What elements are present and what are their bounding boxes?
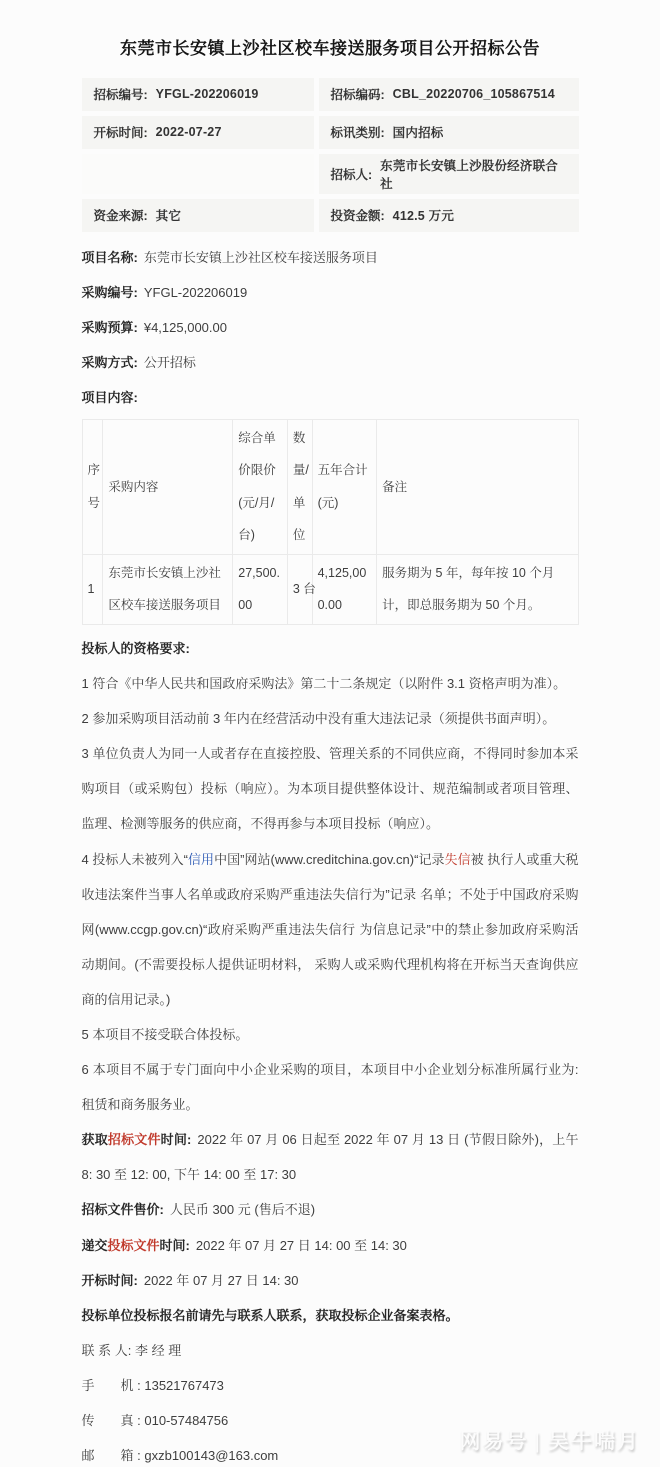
contact-value: 13521767473	[144, 1378, 224, 1393]
info-label: 招标编码:	[331, 85, 385, 103]
requirement-item-4: 4 投标人未被列入“信用中国”网站(www.creditchina.gov.cn…	[82, 842, 579, 1017]
contact-value: 李 经 理	[135, 1343, 181, 1358]
schedule-label: 时间:	[160, 1238, 190, 1253]
field-purchase-budget: 采购预算:¥4,125,000.00	[82, 310, 579, 345]
schedule-value: 2022 年 07 月 27 日 14: 30	[144, 1273, 299, 1288]
credit-china-link[interactable]: 信用	[188, 852, 214, 867]
schedule-submit-time: 递交投标文件时间:2022 年 07 月 27 日 14: 00 至 14: 3…	[82, 1228, 579, 1263]
header-remark: 备注	[377, 419, 578, 554]
requirement-text: 被 执行人或重大税收违法案件当事人名单或政府采购严重违法失信行为”记录 名单；不…	[82, 852, 579, 1007]
info-value: 2022-07-27	[156, 125, 222, 139]
info-cell-tenderer: 招标人:东莞市长安镇上沙股份经济联合社	[319, 154, 579, 194]
header-quantity: 数量/单位	[287, 419, 312, 554]
table-row: 1 东莞市长安镇上沙社区校车接送服务项目 27,500.00 3 台 4,125…	[82, 554, 578, 624]
requirement-item-2: 2 参加采购项目活动前 3 年内在经营活动中没有重大违法记录（须提供书面声明）。	[82, 701, 579, 736]
cell-total: 4,125,000.00	[312, 554, 376, 624]
contact-label: 邮 箱 :	[82, 1448, 141, 1463]
cell-quantity: 3 台	[287, 554, 312, 624]
cell-unit-price: 27,500.00	[233, 554, 288, 624]
field-project-content: 项目内容:	[82, 380, 579, 415]
info-value: 其它	[156, 206, 181, 224]
schedule-label: 招标文件售价:	[82, 1202, 164, 1217]
page-title: 东莞市长安镇上沙社区校车接送服务项目公开招标公告	[82, 36, 579, 62]
schedule-label: 递交	[82, 1238, 108, 1253]
info-value: 412.5 万元	[393, 206, 454, 224]
header-content: 采购内容	[103, 419, 233, 554]
contact-person: 联 系 人: 李 经 理	[82, 1333, 579, 1368]
field-label: 采购编号:	[82, 285, 138, 300]
info-label: 招标编号:	[94, 85, 148, 103]
header-total: 五年合计 (元)	[312, 419, 376, 554]
tender-document-link[interactable]: 招标文件	[108, 1132, 161, 1147]
field-value: 公开招标	[144, 355, 196, 370]
info-label: 开标时间:	[94, 123, 148, 141]
field-label: 项目内容:	[82, 390, 138, 405]
info-value: YFGL-202206019	[156, 87, 259, 101]
netease-brand: 网易号	[460, 1430, 529, 1453]
info-value: 国内招标	[393, 123, 444, 141]
info-label: 标讯类别:	[331, 123, 385, 141]
schedule-document-price: 招标文件售价:人民币 300 元 (售后不退)	[82, 1192, 579, 1227]
contact-mobile: 手 机 : 13521767473	[82, 1368, 579, 1403]
requirement-item-5: 5 本项目不接受联合体投标。	[82, 1017, 579, 1052]
field-value: YFGL-202206019	[144, 285, 247, 300]
header-seq: 序号	[82, 419, 103, 554]
info-cell-bid-code: 招标编码:CBL_20220706_105867514	[319, 78, 579, 111]
field-project-name: 项目名称:东莞市长安镇上沙社区校车接送服务项目	[82, 240, 579, 275]
field-value: ¥4,125,000.00	[144, 320, 227, 335]
contact-label: 传 真 :	[82, 1413, 141, 1428]
bid-document-link[interactable]: 投标文件	[108, 1238, 160, 1253]
requirement-text: 中国”网站(www.creditchina.gov.cn)“记录	[214, 852, 444, 867]
cell-content: 东莞市长安镇上沙社区校车接送服务项目	[103, 554, 233, 624]
requirement-item-1: 1 符合《中华人民共和国政府采购法》第二十二条规定（以附件 3.1 资格声明为准…	[82, 666, 579, 701]
table-header-row: 序号 采购内容 综合单价限价 (元/月/台) 数量/单位 五年合计 (元) 备注	[82, 419, 578, 554]
bid-info-grid: 招标编号:YFGL-202206019 招标编码:CBL_20220706_10…	[82, 78, 579, 232]
dishonesty-link[interactable]: 失信	[445, 852, 471, 867]
contact-label: 联 系 人:	[82, 1343, 132, 1358]
field-label: 采购方式:	[82, 355, 138, 370]
contact-value: 010-57484756	[144, 1413, 228, 1428]
schedule-label: 时间:	[161, 1132, 192, 1147]
article-page: 东莞市长安镇上沙社区校车接送服务项目公开招标公告 招标编号:YFGL-20220…	[0, 0, 660, 1467]
requirement-item-6: 6 本项目不属于专门面向中小企业采购的项目，本项目中小企业划分标准所属行业为: …	[82, 1052, 579, 1122]
contact-value: gxzb100143@163.com	[144, 1448, 278, 1463]
schedule-label: 开标时间:	[82, 1273, 138, 1288]
announcement-document: 东莞市长安镇上沙社区校车接送服务项目公开招标公告 招标编号:YFGL-20220…	[82, 0, 579, 1467]
cell-remark: 服务期为 5 年，每年按 10 个月计，即总服务期为 50 个月。	[377, 554, 578, 624]
field-label: 项目名称:	[82, 250, 138, 265]
header-unit-price: 综合单价限价 (元/月/台)	[233, 419, 288, 554]
field-label: 采购预算:	[82, 320, 138, 335]
schedule-value: 人民币 300 元 (售后不退)	[170, 1202, 315, 1217]
requirements-heading: 投标人的资格要求:	[82, 631, 579, 666]
info-cell-opening-time: 开标时间:2022-07-27	[82, 116, 314, 149]
info-value: 东莞市长安镇上沙股份经济联合社	[380, 156, 566, 192]
info-label: 招标人:	[331, 165, 373, 183]
contact-label: 手 机 :	[82, 1378, 141, 1393]
field-value: 东莞市长安镇上沙社区校车接送服务项目	[144, 250, 378, 265]
cell-seq: 1	[82, 554, 103, 624]
field-purchase-method: 采购方式:公开招标	[82, 345, 579, 380]
author-name: 吴牛喘月	[548, 1430, 640, 1453]
info-label: 资金来源:	[94, 206, 148, 224]
schedule-value: 2022 年 07 月 27 日 14: 00 至 14: 30	[196, 1238, 407, 1253]
info-cell-investment-amount: 投资金额:412.5 万元	[319, 199, 579, 232]
netease-watermark: 网易号|吴牛喘月	[460, 1425, 640, 1455]
schedule-opening-time: 开标时间:2022 年 07 月 27 日 14: 30	[82, 1263, 579, 1298]
schedule-get-document-time: 获取招标文件时间:2022 年 07 月 06 日起至 2022 年 07 月 …	[82, 1122, 579, 1192]
info-cell-empty	[82, 154, 314, 194]
content-table: 序号 采购内容 综合单价限价 (元/月/台) 数量/单位 五年合计 (元) 备注…	[82, 419, 579, 625]
info-label: 投资金额:	[331, 206, 385, 224]
registration-note: 投标单位投标报名前请先与联系人联系，获取投标企业备案表格。	[82, 1298, 579, 1333]
info-cell-bid-category: 标讯类别:国内招标	[319, 116, 579, 149]
requirement-text: 4 投标人未被列入“	[82, 852, 188, 867]
info-value: CBL_20220706_105867514	[393, 87, 555, 101]
field-purchase-number: 采购编号:YFGL-202206019	[82, 275, 579, 310]
requirement-item-3: 3 单位负责人为同一人或者存在直接控股、管理关系的不同供应商，不得同时参加本采购…	[82, 736, 579, 841]
schedule-label: 获取	[82, 1132, 108, 1147]
info-cell-bid-number: 招标编号:YFGL-202206019	[82, 78, 314, 111]
watermark-separator: |	[535, 1430, 542, 1453]
info-cell-fund-source: 资金来源:其它	[82, 199, 314, 232]
